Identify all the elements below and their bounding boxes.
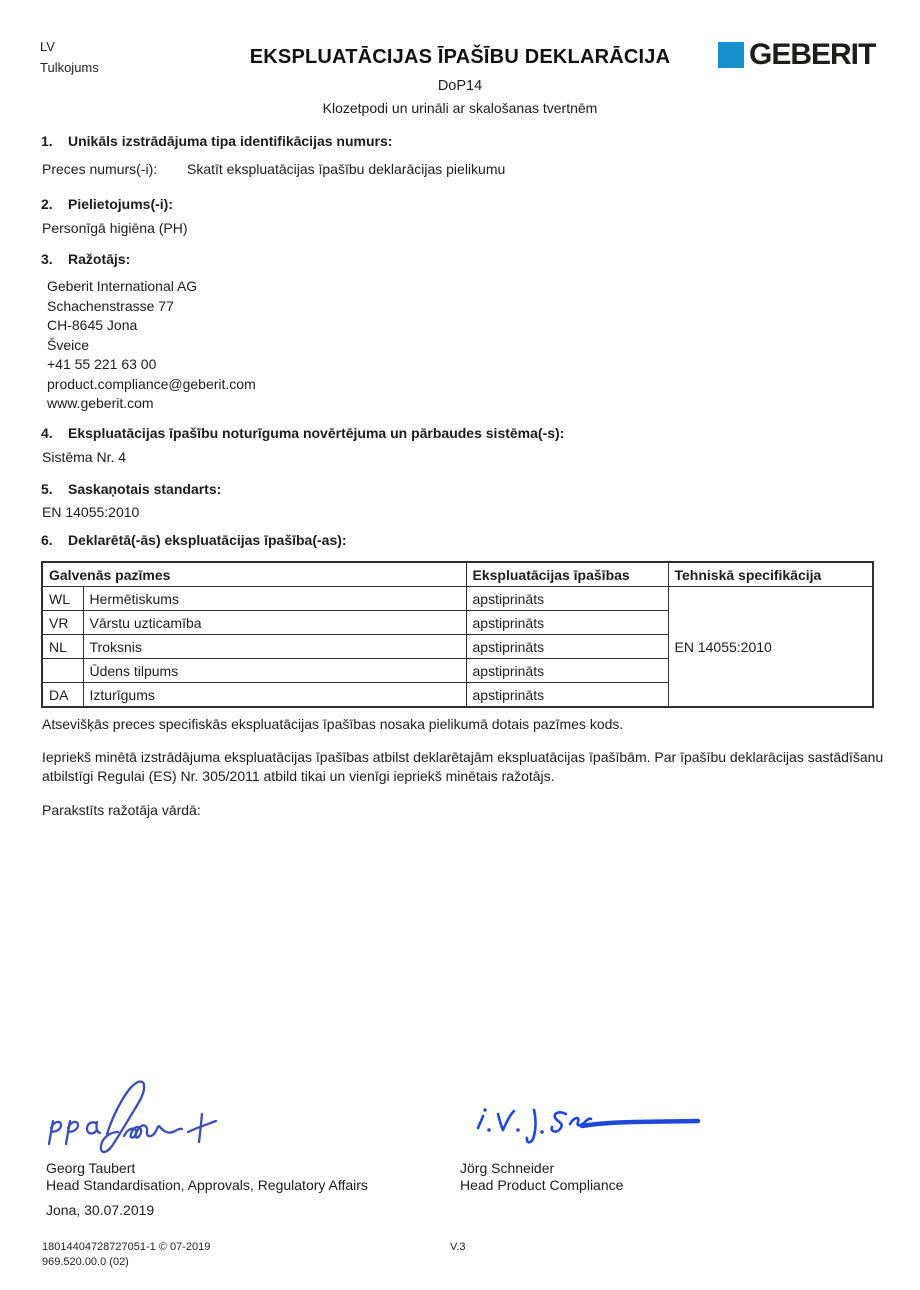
footer-doc-id: 18014404728727051-1 © 07-2019 bbox=[42, 1240, 210, 1255]
article-number-label: Preces numurs(-i): bbox=[42, 161, 187, 177]
section-3-heading: 3. Ražotājs: bbox=[41, 251, 130, 267]
manufacturer-phone: +41 55 221 63 00 bbox=[47, 355, 256, 375]
table-header-row: Galvenās pazīmes Ekspluatācijas īpašības… bbox=[42, 562, 873, 587]
header-performance: Ekspluatācijas īpašības bbox=[466, 562, 668, 587]
footer-material-no: 969.520.00.0 (02) bbox=[42, 1255, 210, 1270]
row-code: WL bbox=[42, 587, 83, 611]
row-performance: apstiprināts bbox=[466, 587, 668, 611]
row-characteristic: Vārstu uzticamība bbox=[83, 611, 466, 635]
section-4-heading-text: Ekspluatācijas īpašību noturīguma novērt… bbox=[68, 425, 564, 441]
section-4-number: 4. bbox=[41, 425, 68, 441]
manufacturer-city: CH-8645 Jona bbox=[47, 316, 256, 336]
section-6-heading-text: Deklarētā(-ās) ekspluatācijas īpašība(-a… bbox=[68, 532, 347, 548]
section-2-heading: 2. Pielietojums(-i): bbox=[41, 196, 173, 212]
paragraph-signed-for: Parakstīts ražotāja vārdā: bbox=[42, 801, 542, 820]
row-characteristic: Hermētiskums bbox=[83, 587, 466, 611]
section-3-number: 3. bbox=[41, 251, 68, 267]
manufacturer-website: www.geberit.com bbox=[47, 394, 256, 414]
row-characteristic: Troksnis bbox=[83, 635, 466, 659]
signature-joerg-schneider bbox=[470, 1098, 710, 1146]
product-subtitle: Klozetpodi un urināli ar skalošanas tver… bbox=[0, 100, 920, 116]
row-code bbox=[42, 659, 83, 683]
declared-performance-table: Galvenās pazīmes Ekspluatācijas īpašības… bbox=[41, 561, 874, 708]
section-4-heading: 4. Ekspluatācijas īpašību noturīguma nov… bbox=[41, 425, 564, 441]
header-characteristics: Galvenās pazīmes bbox=[42, 562, 466, 587]
geberit-logo-square-icon bbox=[718, 42, 744, 68]
row-performance: apstiprināts bbox=[466, 611, 668, 635]
manufacturer-email: product.compliance@geberit.com bbox=[47, 375, 256, 395]
geberit-logo: GEBERIT bbox=[718, 42, 875, 68]
article-number-value: Skatīt ekspluatācijas īpašību deklarācij… bbox=[187, 161, 505, 177]
section-5-heading-text: Saskaņotais standarts: bbox=[68, 481, 221, 497]
row-code: NL bbox=[42, 635, 83, 659]
signatory-right-block: Jörg Schneider Head Product Compliance bbox=[460, 1160, 623, 1194]
footer-version: V.3 bbox=[450, 1240, 466, 1255]
signatory-left-name: Georg Taubert bbox=[46, 1160, 368, 1177]
section-1-heading: 1. Unikāls izstrādājuma tipa identifikāc… bbox=[41, 133, 392, 149]
intended-use-value: Personīgā higiēna (PH) bbox=[42, 220, 188, 236]
row-code: DA bbox=[42, 683, 83, 708]
table-row: WL Hermētiskums apstiprināts EN 14055:20… bbox=[42, 587, 873, 611]
section-6-heading: 6. Deklarētā(-ās) ekspluatācijas īpašība… bbox=[41, 532, 347, 548]
signatory-left-block: Georg Taubert Head Standardisation, Appr… bbox=[46, 1160, 368, 1194]
section-1-row: Preces numurs(-i): Skatīt ekspluatācijas… bbox=[42, 161, 505, 177]
section-2-number: 2. bbox=[41, 196, 68, 212]
section-1-number: 1. bbox=[41, 133, 68, 149]
section-3-heading-text: Ražotājs: bbox=[68, 251, 130, 267]
row-code: VR bbox=[42, 611, 83, 635]
section-5-number: 5. bbox=[41, 481, 68, 497]
row-performance: apstiprināts bbox=[466, 683, 668, 708]
footer-block: 18014404728727051-1 © 07-2019 969.520.00… bbox=[42, 1240, 210, 1269]
harmonised-standard-value: EN 14055:2010 bbox=[42, 504, 139, 520]
dop-document-page: LV Tulkojums EKSPLUATĀCIJAS ĪPAŠĪBU DEKL… bbox=[0, 0, 920, 1290]
geberit-logo-text: GEBERIT bbox=[749, 42, 875, 68]
manufacturer-address: Geberit International AG Schachenstrasse… bbox=[47, 277, 256, 414]
section-6-number: 6. bbox=[41, 532, 68, 548]
signatory-right-name: Jörg Schneider bbox=[460, 1160, 623, 1177]
avcp-system-value: Sistēma Nr. 4 bbox=[42, 449, 126, 465]
manufacturer-street: Schachenstrasse 77 bbox=[47, 297, 256, 317]
signatory-left-title: Head Standardisation, Approvals, Regulat… bbox=[46, 1177, 368, 1194]
row-characteristic: Izturīgums bbox=[83, 683, 466, 708]
signature-georg-taubert bbox=[44, 1076, 246, 1160]
paragraph-specific-performance: Atsevišķās preces specifiskās ekspluatāc… bbox=[42, 715, 902, 734]
manufacturer-name: Geberit International AG bbox=[47, 277, 256, 297]
header-technical-spec: Tehniskā specifikācija bbox=[668, 562, 873, 587]
row-performance: apstiprināts bbox=[466, 635, 668, 659]
paragraph-responsibility: Iepriekš minētā izstrādājuma ekspluatāci… bbox=[42, 748, 887, 785]
signatory-right-title: Head Product Compliance bbox=[460, 1177, 623, 1194]
row-characteristic: Ūdens tilpums bbox=[83, 659, 466, 683]
row-performance: apstiprināts bbox=[466, 659, 668, 683]
manufacturer-country: Šveice bbox=[47, 336, 256, 356]
section-2-heading-text: Pielietojums(-i): bbox=[68, 196, 173, 212]
technical-spec-value: EN 14055:2010 bbox=[668, 587, 873, 708]
place-date: Jona, 30.07.2019 bbox=[46, 1202, 154, 1219]
section-5-heading: 5. Saskaņotais standarts: bbox=[41, 481, 221, 497]
dop-number: DoP14 bbox=[0, 78, 920, 94]
section-1-heading-text: Unikāls izstrādājuma tipa identifikācija… bbox=[68, 133, 392, 149]
